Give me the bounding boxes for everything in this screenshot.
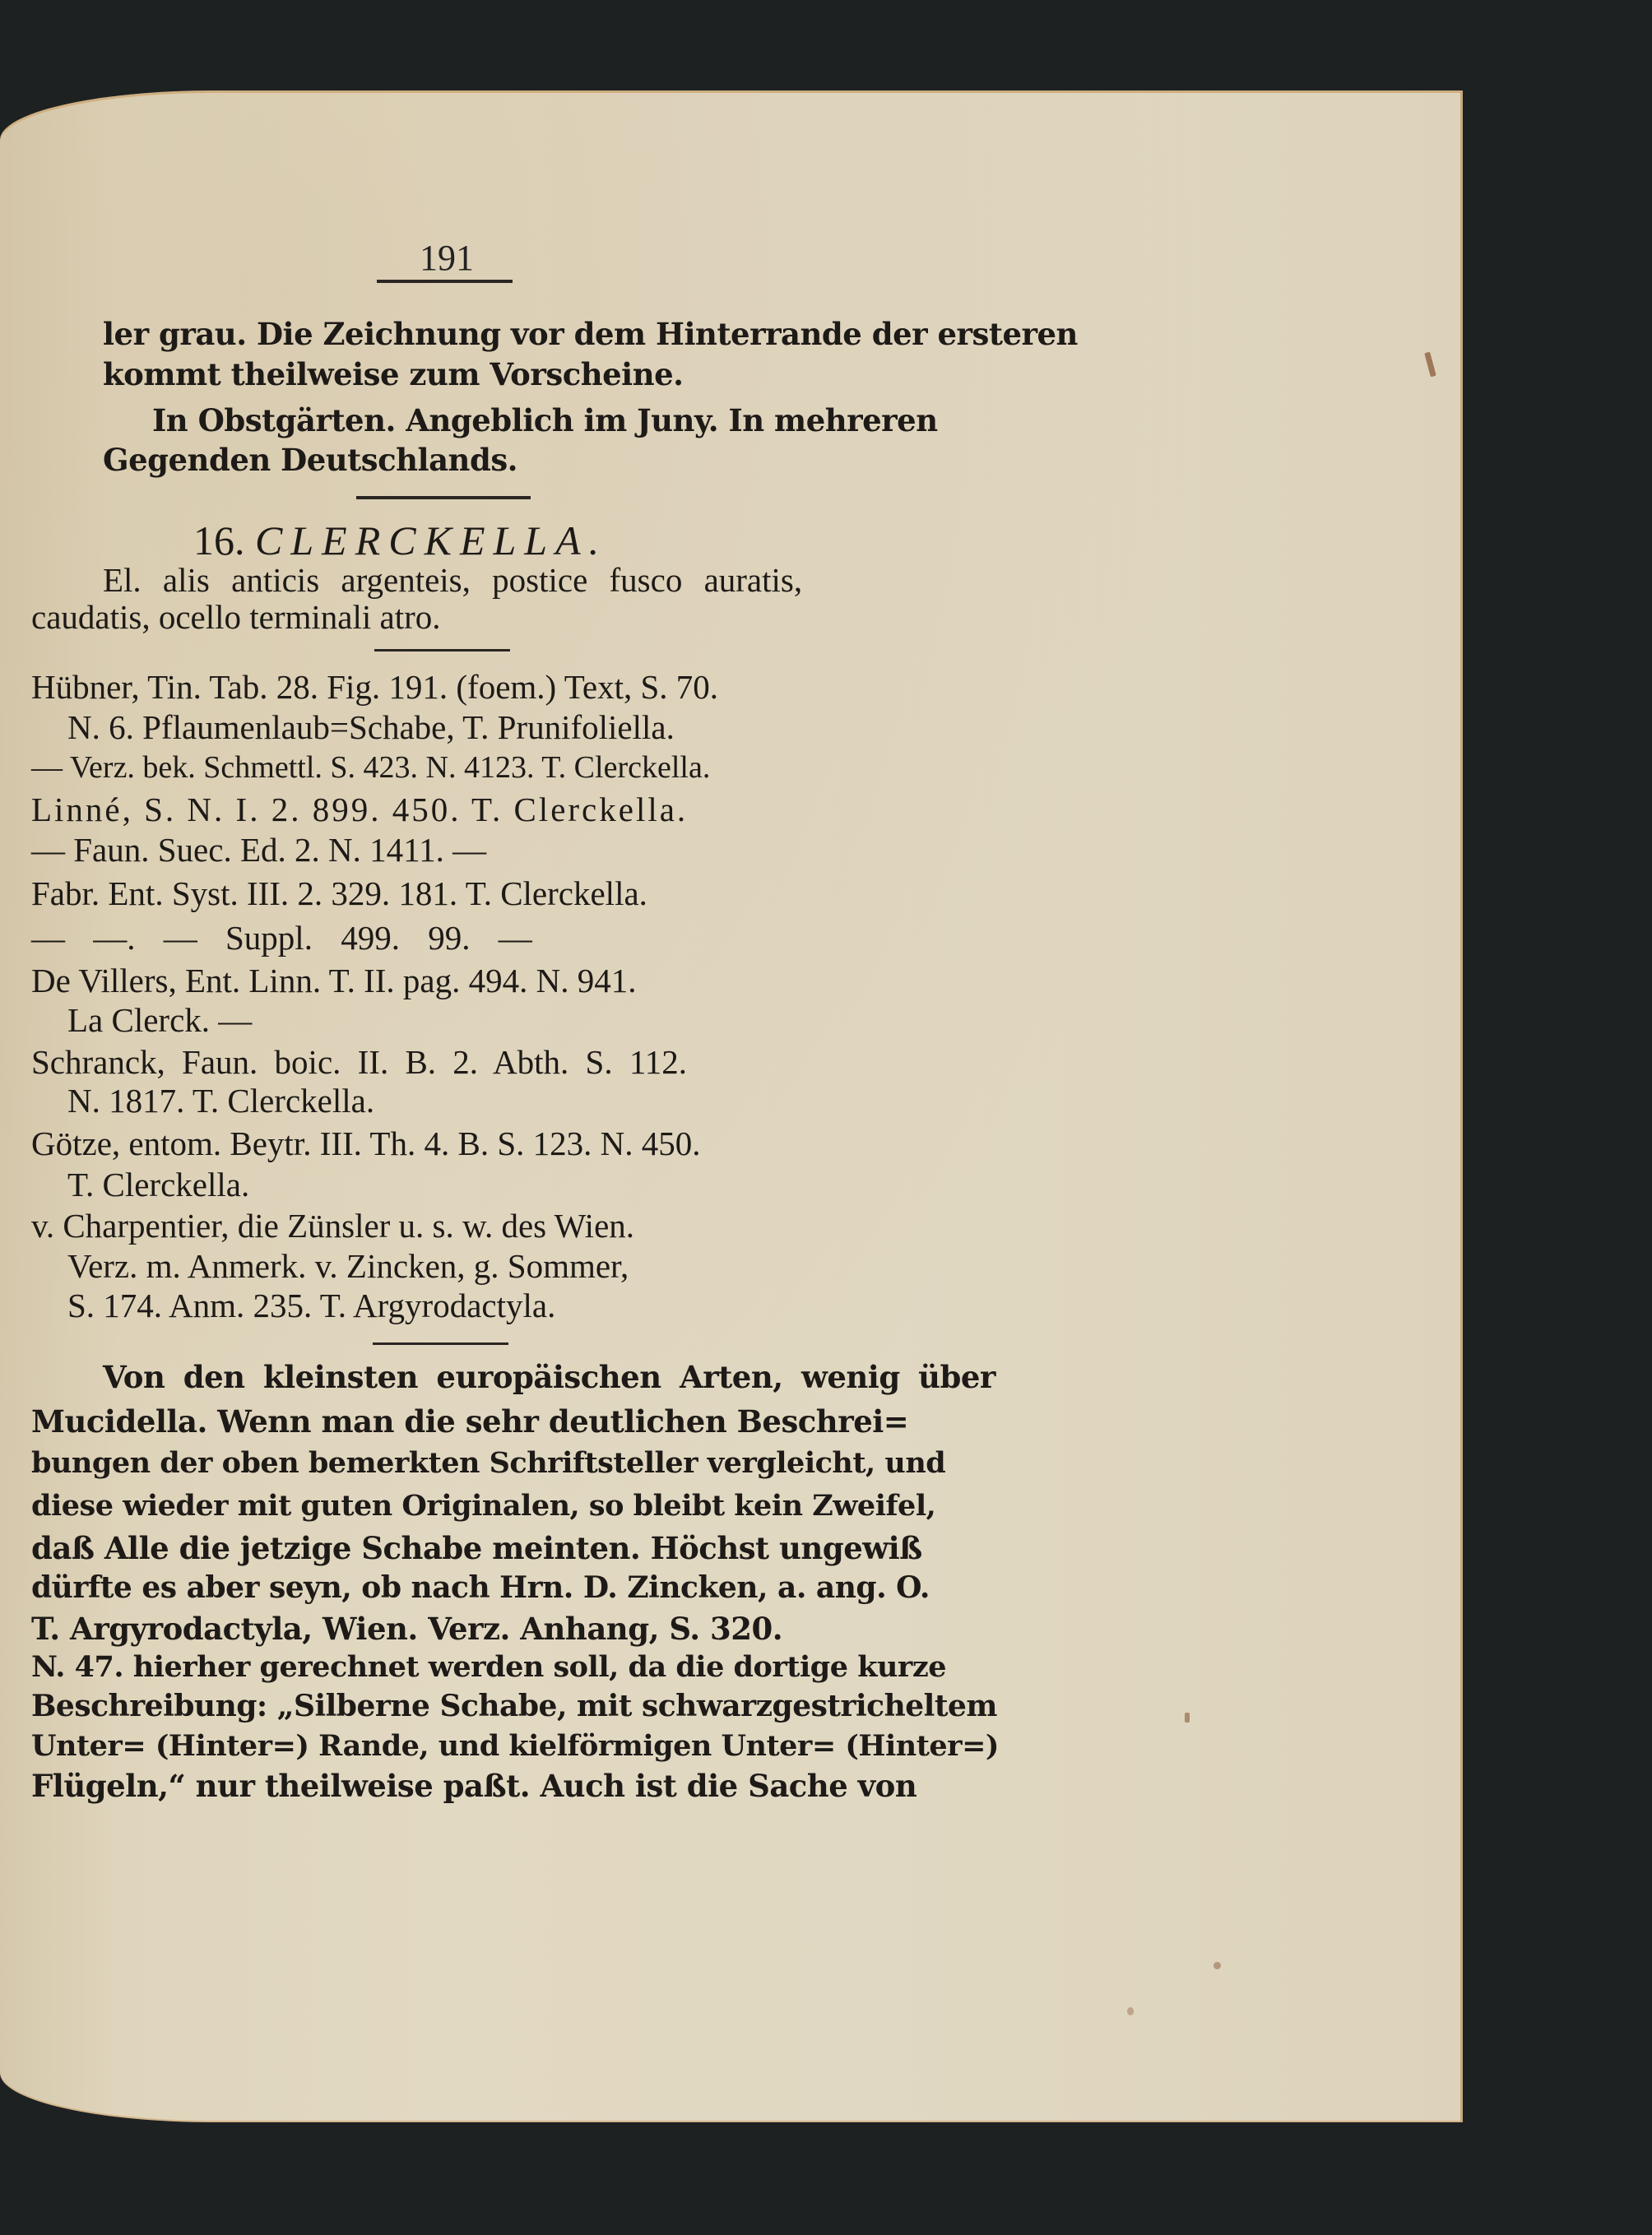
reference-line: Götze, entom. Beytr. III. Th. 4. B. S. 1… [31, 1127, 700, 1161]
paper-speck [1213, 1962, 1221, 1969]
text-line: kommt theilweise zum Vorscheine. [103, 359, 684, 390]
reference-line: La Clerck. — [67, 1004, 252, 1037]
text-line: In Obstgärten. Angeblich im Juny. In meh… [152, 406, 938, 436]
text-line: daß Alle die jetzige Schabe meinten. Höc… [31, 1533, 922, 1564]
section-rule [374, 649, 510, 651]
section-rule [373, 1342, 508, 1345]
reference-line: v. Charpentier, die Zünsler u. s. w. des… [31, 1209, 634, 1243]
text-line: Mucidella. Wenn man die sehr deutlichen … [31, 1407, 908, 1437]
species-heading: 16. CLERCKELLA. [193, 520, 607, 561]
reference-line: De Villers, Ent. Linn. T. II. pag. 494. … [31, 964, 636, 998]
reference-line: Fabr. Ent. Syst. III. 2. 329. 181. T. Cl… [31, 877, 647, 911]
text-line: diese wieder mit guten Originalen, so bl… [31, 1491, 935, 1520]
reference-line: Linné, S. N. I. 2. 899. 450. T. Clerckel… [31, 793, 688, 827]
reference-line: N. 1817. T. Clerckella. [67, 1084, 374, 1118]
text-line: bungen der oben bemerkten Schriftsteller… [31, 1449, 945, 1477]
scanned-page: 191 ler grau. Die Zeichnung vor dem Hint… [0, 0, 1652, 2235]
header-rule [377, 280, 513, 283]
reference-line: — Verz. bek. Schmettl. S. 423. N. 4123. … [31, 752, 710, 783]
reference-line: Hübner, Tin. Tab. 28. Fig. 191. (foem.) … [31, 670, 718, 704]
text-line: Beschreibung: „Silberne Schabe, mit schw… [31, 1691, 997, 1721]
reference-line: T. Clerckella. [67, 1168, 249, 1202]
reference-line: N. 6. Pflaumenlaub=Schabe, T. Prunifolie… [67, 711, 675, 744]
page-number: 191 [420, 237, 474, 279]
reference-line: Schranck, Faun. boic. II. B. 2. Abth. S.… [31, 1046, 687, 1079]
text-line: Von den kleinsten europäischen Arten, we… [103, 1362, 995, 1393]
text-line: T. Argyrodactyla, Wien. Verz. Anhang, S.… [31, 1614, 782, 1644]
text-line: Flügeln,“ nur theilweise paßt. Auch ist … [31, 1771, 916, 1801]
section-rule [356, 496, 531, 499]
reference-line: — —. — Suppl. 499. 99. — [31, 921, 532, 955]
reference-line: Verz. m. Anmerk. v. Zincken, g. Sommer, [67, 1250, 629, 1283]
reference-line: S. 174. Anm. 235. T. Argyrodactyla. [67, 1289, 555, 1323]
species-number: 16. [193, 517, 245, 563]
paper-speck [1127, 2007, 1134, 2015]
reference-line: — Faun. Suec. Ed. 2. N. 1411. — [31, 833, 486, 867]
diagnosis-line: caudatis, ocello terminali atro. [31, 600, 441, 634]
species-name: CLERCKELLA. [255, 517, 607, 563]
text-line: Unter= (Hinter=) Rande, und kielförmigen… [31, 1732, 999, 1760]
paper-speck [1185, 1713, 1190, 1723]
text-line: dürfte es aber seyn, ob nach Hrn. D. Zin… [31, 1573, 930, 1602]
text-line: Gegenden Deutschlands. [103, 445, 517, 475]
diagnosis-line: El. alis anticis argenteis, postice fusc… [103, 563, 802, 597]
text-line: ler grau. Die Zeichnung vor dem Hinterra… [103, 319, 1078, 350]
text-line: N. 47. hierher gerechnet werden soll, da… [31, 1653, 946, 1681]
